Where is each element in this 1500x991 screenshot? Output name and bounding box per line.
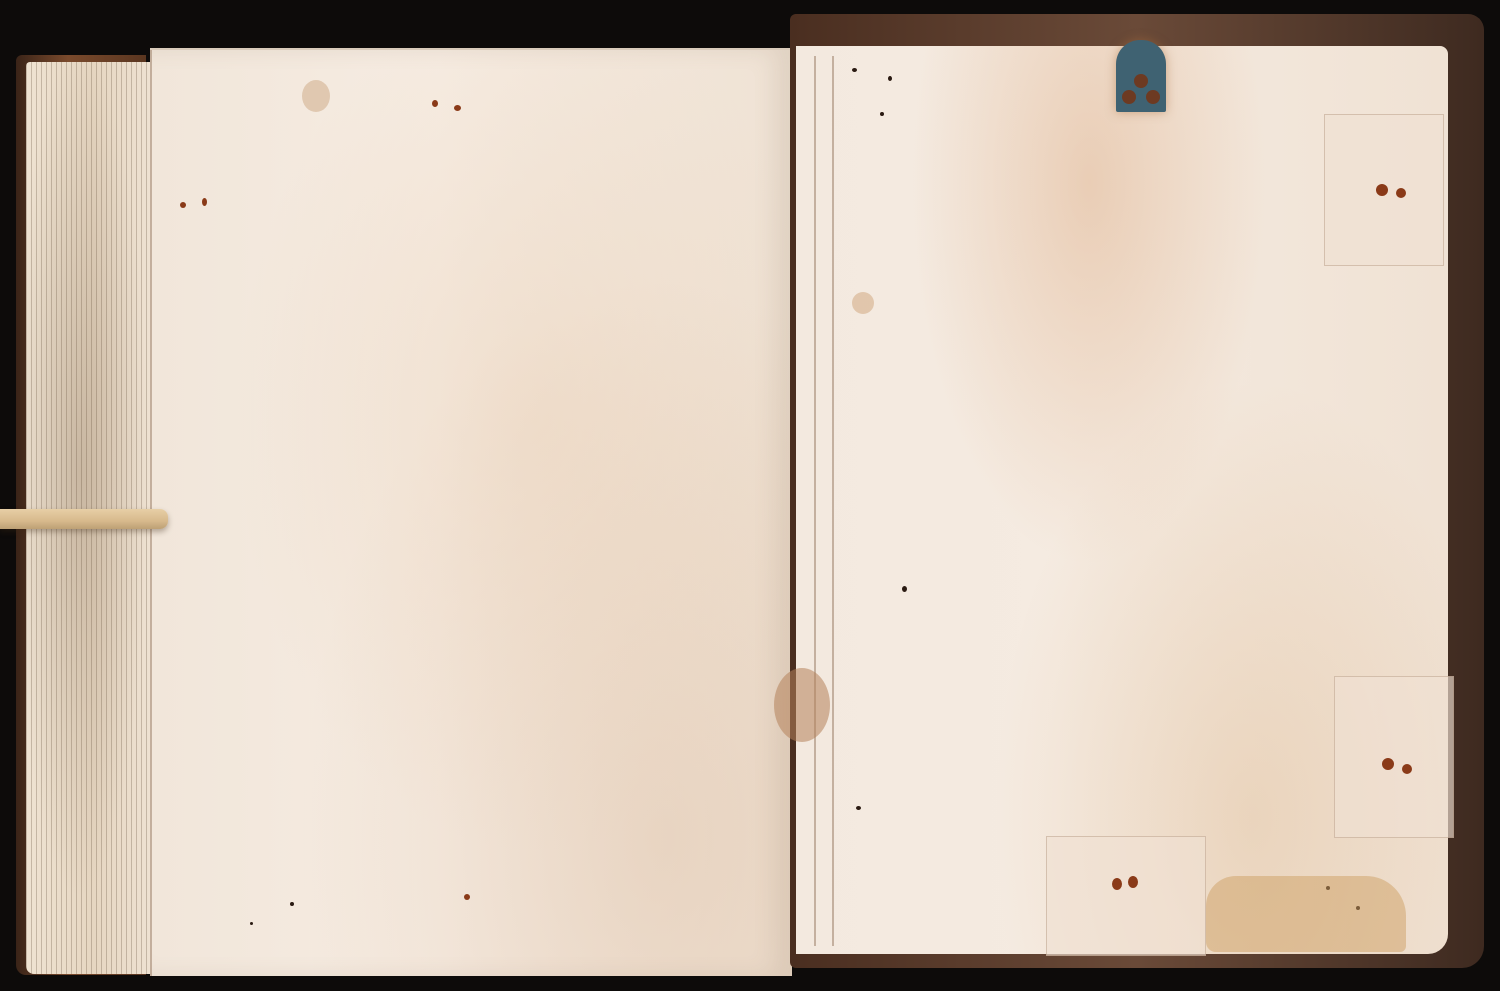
wormhole bbox=[856, 806, 861, 810]
paper-repair-patch bbox=[1046, 836, 1206, 956]
rivet bbox=[1122, 90, 1136, 104]
water-stain bbox=[302, 80, 330, 112]
rust-spot bbox=[1396, 188, 1406, 198]
rust-spot bbox=[1376, 184, 1388, 196]
rust-spot bbox=[1402, 764, 1412, 774]
paper-repair-patch bbox=[1334, 676, 1454, 838]
rust-spot bbox=[464, 894, 470, 900]
metal-clasp-plate bbox=[1116, 40, 1166, 112]
wormhole bbox=[902, 586, 907, 592]
rust-spot bbox=[1112, 878, 1122, 890]
rust-spot bbox=[180, 202, 186, 208]
wormhole bbox=[290, 902, 294, 906]
rust-spot bbox=[432, 100, 438, 107]
hinge-fold-line bbox=[814, 56, 816, 946]
wormhole bbox=[880, 112, 884, 116]
book-photograph: Open antique book with blank endpapers bbox=[0, 0, 1500, 991]
rust-spot bbox=[454, 105, 461, 111]
water-stain bbox=[852, 292, 874, 314]
rivet bbox=[1146, 90, 1160, 104]
rivet bbox=[1134, 74, 1148, 88]
rust-spot bbox=[202, 198, 207, 206]
wooden-pointer-stick bbox=[0, 509, 168, 529]
rust-spot bbox=[1128, 876, 1138, 888]
right-pastedown-page bbox=[796, 46, 1448, 954]
hinge-fold-line bbox=[832, 56, 834, 946]
left-blank-page bbox=[150, 48, 792, 976]
rust-spot bbox=[1382, 758, 1394, 770]
wormhole bbox=[852, 68, 857, 72]
wormhole bbox=[250, 922, 253, 925]
wormhole bbox=[888, 76, 892, 81]
corner-water-stain bbox=[1206, 876, 1406, 952]
spine-water-stain bbox=[774, 668, 830, 742]
